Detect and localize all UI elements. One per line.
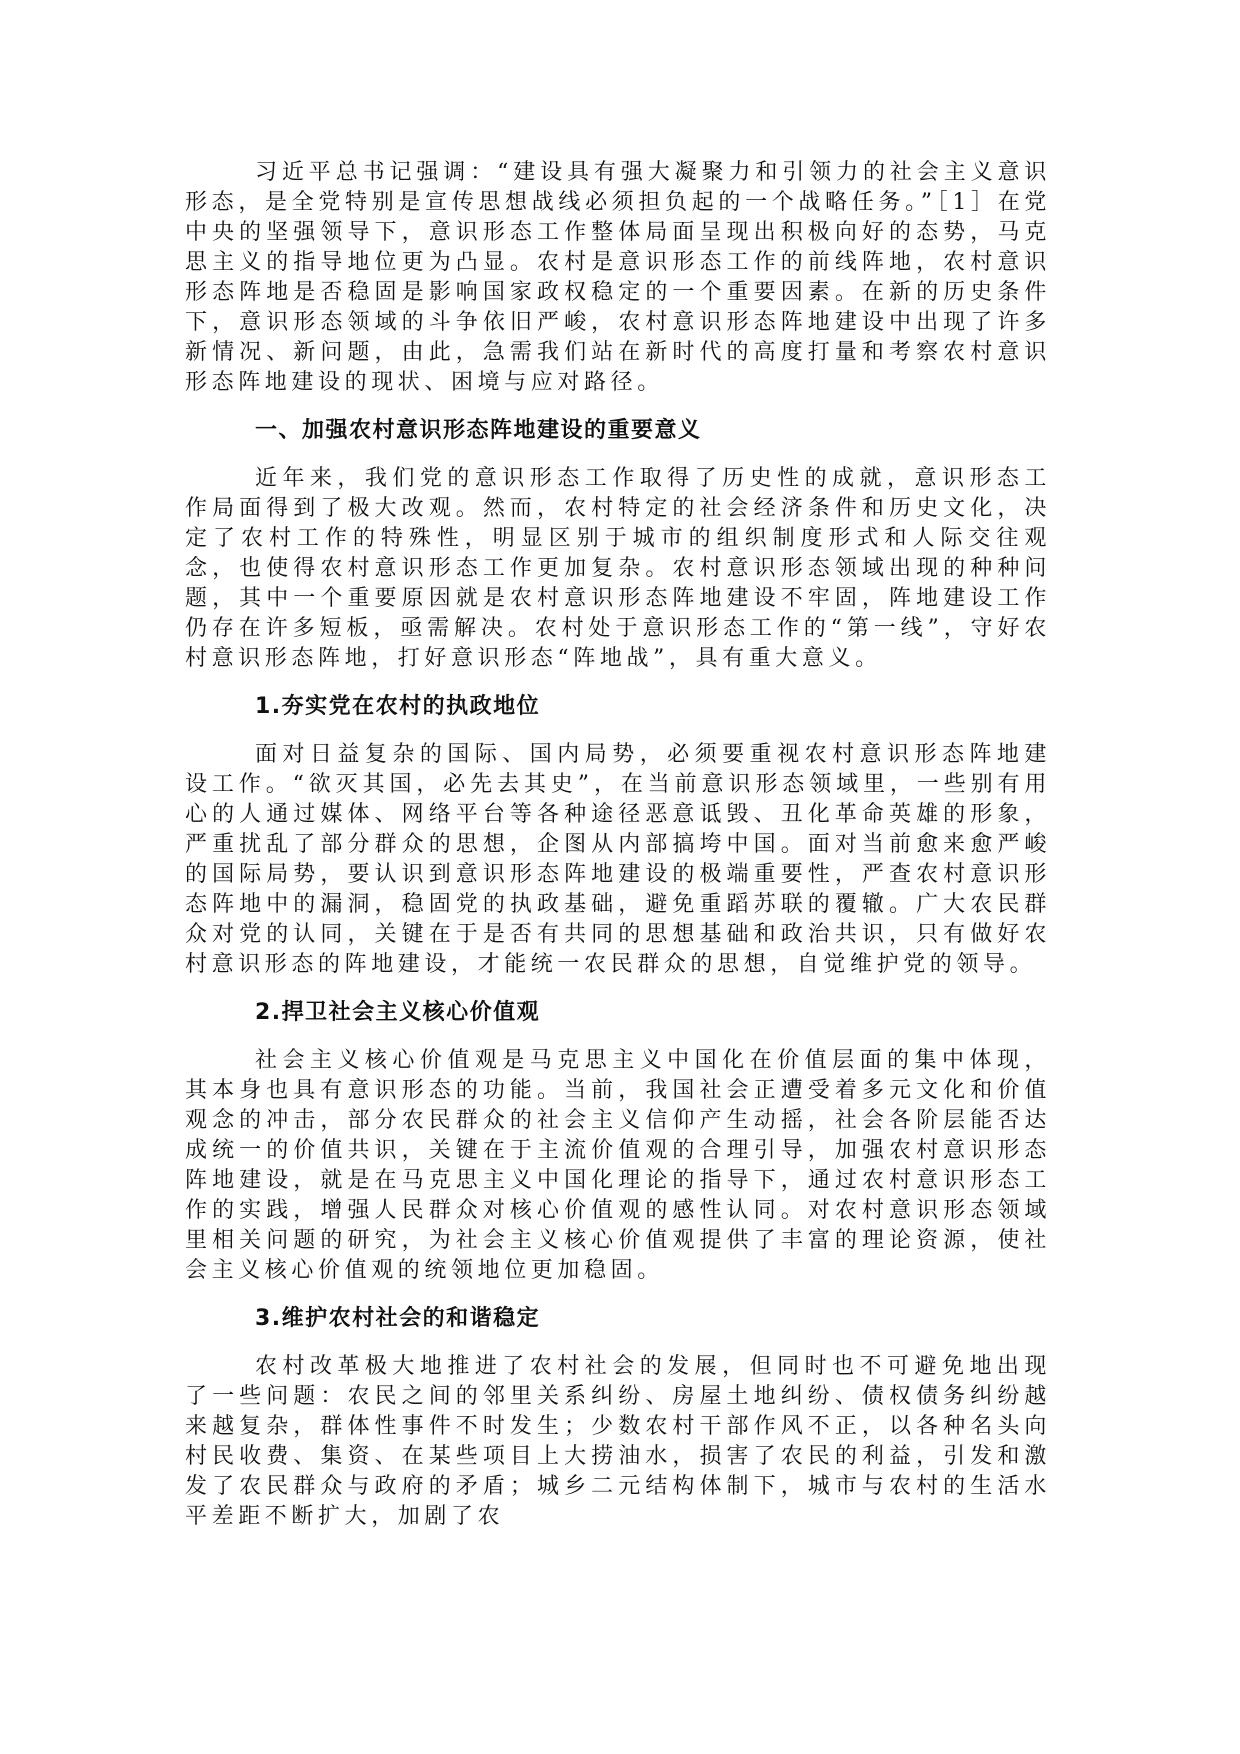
subsection-heading-1: 1.夯实党在农村的执政地位 [185, 692, 1051, 722]
subsection-2-paragraph: 社会主义核心价值观是马克思主义中国化在价值层面的集中体现，其本身也具有意识形态的… [185, 1046, 1051, 1286]
subsection-3-paragraph: 农村改革极大地推进了农村社会的发展，但同时也不可避免地出现了一些问题：农民之间的… [185, 1352, 1051, 1532]
section-heading-1: 一、加强农村意识形态阵地建设的重要意义 [185, 416, 1051, 446]
subsection-heading-3: 3.维护农村社会的和谐稳定 [185, 1304, 1051, 1334]
subsection-heading-2: 2.捍卫社会主义核心价值观 [185, 998, 1051, 1028]
document-page: 习近平总书记强调：“建设具有强大凝聚力和引领力的社会主义意识形态，是全党特别是宣… [185, 158, 1051, 1532]
subsection-1-paragraph: 面对日益复杂的国际、国内局势，必须要重视农村意识形态阵地建设工作。“欲灭其国，必… [185, 740, 1051, 980]
intro-paragraph: 习近平总书记强调：“建设具有强大凝聚力和引领力的社会主义意识形态，是全党特别是宣… [185, 158, 1051, 398]
section-1-paragraph: 近年来，我们党的意识形态工作取得了历史性的成就，意识形态工作局面得到了极大改观。… [185, 464, 1051, 674]
